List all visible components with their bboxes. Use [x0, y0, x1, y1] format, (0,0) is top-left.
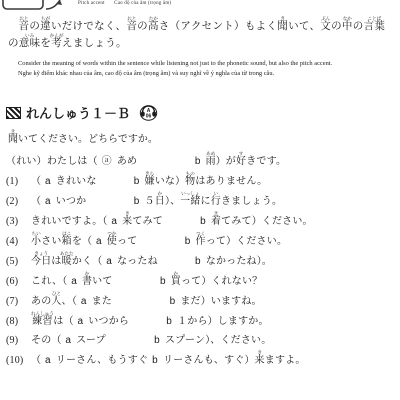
option-a-marker: a — [78, 312, 84, 331]
ruby-text: 雨あめ — [206, 156, 216, 167]
ruby-text: 作つく — [196, 236, 206, 247]
ruby-text: 意味いみ — [19, 38, 41, 49]
item-number: (1) — [6, 172, 31, 191]
option-b-marker: b — [200, 212, 206, 231]
open-paren: （ — [92, 256, 102, 267]
option-a-marker: a — [111, 212, 117, 231]
item-pre-text: きれいですよ。 — [31, 216, 102, 227]
section-header: れんしゅう１－Ｂ A 06 — [6, 103, 394, 122]
option-a-marker: a — [65, 331, 71, 350]
option-b-marker: b — [195, 152, 201, 171]
ruby-text: 考かんが — [51, 38, 62, 49]
close-paren: ） — [252, 216, 262, 227]
tab-caption-en: Pitch accent — [78, 1, 105, 6]
item-post-text: 物ものはありません。 — [185, 176, 267, 187]
option-a-marker: a — [45, 192, 51, 211]
item-number: (7) — [6, 292, 31, 311]
instruction-line: 聞きいてください。どちらですか。 — [8, 129, 394, 147]
exercise-item: (3)きれいですよ。（a来きてみてb着きてみて）ください。 — [6, 211, 394, 231]
item-post-text: 。 — [262, 256, 272, 267]
item-post-text: ください。 — [262, 216, 313, 227]
option-b-text: 雨あめ — [206, 151, 216, 171]
audio-track-number: 06 — [146, 114, 152, 120]
option-b-text: スプーン — [165, 331, 205, 350]
ruby-text: 練習れんしゅう — [31, 316, 53, 327]
open-paren: （ — [72, 296, 77, 307]
ruby-text: 暖あたた — [62, 256, 72, 267]
item-number: (9) — [6, 331, 31, 350]
option-a-marker: a — [106, 252, 112, 271]
close-paren: ） — [226, 236, 236, 247]
option-a-text: 使つかって — [107, 231, 181, 251]
exercise-item: (9)その（aスープbスプーン）、ください。 — [6, 331, 394, 350]
option-a-marker: a — [45, 172, 51, 191]
option-a-marker: a — [96, 232, 102, 251]
item-pre-text: 今日きょうは暖あたたかく — [31, 256, 92, 267]
ruby-text: 物もの — [185, 176, 195, 187]
option-b-text: まだ — [180, 292, 200, 311]
item-post-text: くれない？ — [211, 276, 262, 287]
item-post-text: ください。 — [236, 236, 287, 247]
item-pre-text: 練習れんしゅうは — [31, 316, 64, 327]
item-number: (6) — [6, 272, 31, 291]
item-number: (10) — [6, 351, 31, 370]
close-paren: ） — [245, 355, 255, 366]
option-b-text: 作つくって — [196, 231, 227, 251]
option-b-marker: b — [195, 252, 201, 271]
option-a-text: リーさん、もうすぐ — [56, 351, 148, 370]
section-title: れんしゅう１－Ｂ — [26, 103, 130, 122]
ruby-text: 使つか — [107, 236, 117, 247]
open-paren: （ — [88, 156, 98, 167]
ruby-text: 一緒いっしょ — [180, 196, 200, 207]
option-b-marker: b — [160, 272, 166, 291]
ruby-text: 高たか — [148, 21, 159, 32]
page-top-tab — [2, 0, 72, 12]
ruby-text: 文ぶん — [320, 21, 331, 32]
ruby-text: 好す — [236, 156, 246, 167]
item-post-text: が好すきです。 — [226, 156, 286, 167]
ruby-text: 小ちい — [31, 236, 41, 247]
item-post-text: 来きますよ。 — [255, 355, 306, 366]
hatched-square-icon — [6, 107, 21, 119]
option-b-marker: b — [134, 172, 140, 191]
option-a-text: なったね — [117, 252, 191, 271]
intro-paragraph: 音おとの違ちがいだけでなく、音おとの高たかさ（アクセント）もよく聞きいて、文ぶん… — [8, 16, 392, 52]
exercise-example: （れい）わたしは（ⓐあめb雨あめ）が好すきです。 — [6, 151, 394, 171]
audio-track-icon: A 06 — [139, 104, 158, 121]
open-paren: （ — [31, 176, 41, 187]
option-a-text: スープ — [76, 331, 150, 350]
option-a-text: また — [92, 292, 166, 311]
ruby-text: 日か — [155, 196, 165, 207]
option-b-text: 買かって — [171, 271, 202, 291]
exercise-item: (8)練習れんしゅうは（aいつからb１から）しますか。 — [6, 311, 394, 331]
note-english: Consider the meaning of words within the… — [18, 59, 394, 69]
option-a-text: 来きてみて — [122, 211, 196, 231]
open-paren: （ — [31, 196, 41, 207]
option-b-text: 嫌きらいな — [145, 171, 176, 191]
item-pre-text: その — [31, 335, 51, 346]
option-a-marker: ⓐ — [102, 152, 112, 171]
ruby-text: 人ひと — [51, 296, 61, 307]
close-paren: ） — [201, 276, 211, 287]
option-b-marker: b — [154, 331, 160, 350]
open-paren: （ — [62, 276, 67, 287]
item-number: (2) — [6, 192, 31, 211]
option-b-text: リーさんも、すぐ — [163, 351, 245, 370]
option-b-text: 着きてみて — [211, 211, 252, 231]
exercise-item: (6)これ、（a書かいてb買かって）くれない？ — [6, 271, 394, 291]
option-b-marker: b — [152, 351, 158, 370]
item-post-text: いますね。 — [211, 296, 262, 307]
ruby-text: 音おと — [126, 21, 137, 32]
tab-shape-icon — [2, 0, 72, 12]
open-paren: （ — [31, 355, 41, 366]
exercise-item: (10)（aリーさん、もうすぐbリーさんも、すぐ）来きますよ。 — [6, 350, 394, 370]
intro-notes: Consider the meaning of words within the… — [18, 59, 394, 79]
item-pre-text: わたしは — [47, 156, 88, 167]
option-a-text: いつか — [56, 192, 130, 211]
item-pre-text: これ、 — [31, 276, 62, 287]
item-number: （れい） — [6, 152, 47, 171]
tab-caption: Pitch accent Cao độ của âm (trọng âm) — [78, 1, 171, 6]
textbook-page: Pitch accent Cao độ của âm (trọng âm) 音お… — [0, 16, 400, 370]
item-number: (8) — [6, 312, 31, 331]
ruby-text: 聞き — [277, 21, 288, 32]
ruby-text: 言葉ことば — [364, 21, 386, 32]
ruby-text: 書か — [82, 276, 92, 287]
open-paren: （ — [102, 216, 107, 227]
ruby-text: 来き — [255, 355, 265, 366]
note-vietnamese: Nghe kỹ điểm khác nhau của âm, cao độ củ… — [18, 69, 394, 79]
exercise-item: (5)今日きょうは暖あたたかく（aなったねbなかったね）。 — [6, 251, 394, 271]
exercise-item: (4)小ちいさい箱はこを（a使つかってb作つくって）ください。 — [6, 231, 394, 251]
ruby-text: 違ちが — [40, 21, 51, 32]
item-post-text: 、一緒いっしょに行いきましょう。 — [170, 196, 282, 207]
close-paren: ） — [201, 296, 211, 307]
ruby-text: 聞き — [8, 134, 18, 145]
option-b-marker: b — [185, 232, 191, 251]
exercise-item: (1)（aきれいなb嫌きらいな）物ものはありません。 — [6, 171, 394, 191]
option-a-text: あめ — [117, 152, 191, 171]
item-number: (5) — [6, 252, 31, 271]
option-a-text: いつから — [88, 312, 162, 331]
ruby-text: 嫌きら — [145, 176, 155, 187]
ruby-text: 中なか — [342, 21, 353, 32]
close-paren: ） — [208, 316, 218, 327]
item-post-text: 、ください。 — [210, 335, 271, 346]
item-post-text: しますか。 — [218, 316, 269, 327]
option-b-marker: b — [134, 192, 140, 211]
option-a-marker: a — [45, 351, 51, 370]
item-pre-text: 小ちいさい箱はこを — [31, 236, 82, 247]
option-b-text: １から — [177, 312, 208, 331]
ruby-text: 来き — [122, 216, 132, 227]
tab-caption-vi: Cao độ của âm (trọng âm) — [114, 1, 171, 6]
item-number: (3) — [6, 212, 31, 231]
option-b-marker: b — [166, 312, 172, 331]
close-paren: ） — [175, 176, 185, 187]
open-paren: （ — [64, 316, 74, 327]
ruby-text: 着き — [211, 216, 221, 227]
item-pre-text: あの人ひと、 — [31, 296, 72, 307]
option-b-text: ５日か — [145, 191, 165, 211]
open-paren: （ — [51, 335, 61, 346]
close-paren: ） — [216, 156, 226, 167]
option-b-marker: b — [170, 292, 176, 311]
item-number: (4) — [6, 232, 31, 251]
exercise-item: (7)あの人ひと、（aまたbまだ）いますね。 — [6, 291, 394, 311]
ruby-text: 買か — [171, 276, 181, 287]
option-b-text: なかったね — [206, 252, 257, 271]
option-a-text: きれいな — [56, 172, 130, 191]
open-paren: （ — [82, 236, 92, 247]
exercise-list: （れい）わたしは（ⓐあめb雨あめ）が好すきです。 (1)（aきれいなb嫌きらいな… — [6, 151, 394, 370]
ruby-text: 今日きょう — [31, 256, 51, 267]
ruby-text: 行い — [211, 196, 221, 207]
option-a-marker: a — [71, 272, 77, 291]
exercise-item: (2)（aいつかb５日か）、一緒いっしょに行いきましょう。 — [6, 191, 394, 211]
option-a-text: 書かいて — [82, 271, 156, 291]
ruby-text: 音おと — [19, 21, 30, 32]
ruby-text: 箱はこ — [62, 236, 72, 247]
option-a-marker: a — [81, 292, 87, 311]
